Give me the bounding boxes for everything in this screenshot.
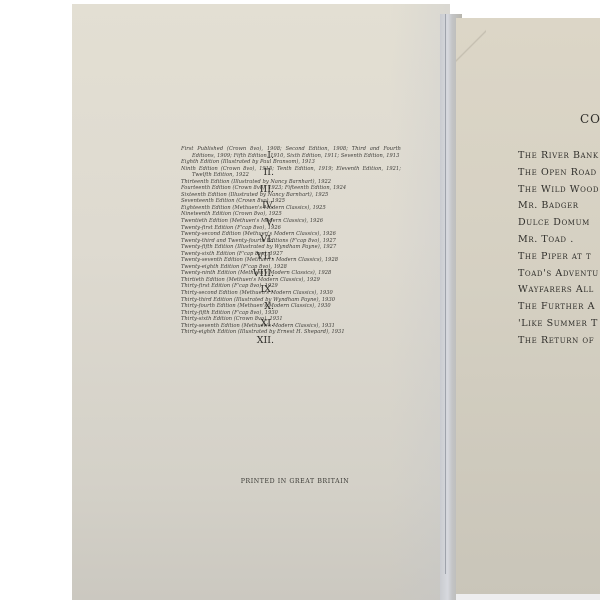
chapter-title: The Further A [518,301,595,312]
chapter-title: The Open Road [518,167,597,178]
chapter-title: The Return of [518,335,594,346]
contents-heading: CO [580,112,600,126]
chapter-number: VII. [214,251,274,262]
chapter-number: IV. [214,200,274,211]
chapter-number: VIII. [214,268,274,279]
chapter-title: 'Like Summer T [518,318,598,329]
chapter-title: Dulce Domum [518,217,590,228]
chapter-title: Toad's Adventu [518,268,599,279]
chapter-number: XII. [214,335,274,346]
chapter-title: Mr. Toad . [518,234,574,245]
chapter-number: I. [214,150,274,161]
page-edge-highlight [456,594,600,600]
chapter-title: The River Bank [518,150,599,161]
chapter-number: IX. [214,284,274,295]
chapter-number: III. [214,184,274,195]
chapter-title: The Piper at t [518,251,591,262]
chapter-number: XI. [214,318,274,329]
chapter-number: V. [214,217,274,228]
chapter-title: Wayfarers All [518,284,594,295]
chapter-number: II. [214,167,274,178]
printed-in-notice: PRINTED IN GREAT BRITAIN [215,478,375,485]
chapter-title: The Wild Wood [518,184,599,195]
gutter-line [445,14,446,574]
chapter-number: X. [214,301,274,312]
chapter-number: VI. [214,234,274,245]
chapter-title: Mr. Badger [518,200,579,211]
